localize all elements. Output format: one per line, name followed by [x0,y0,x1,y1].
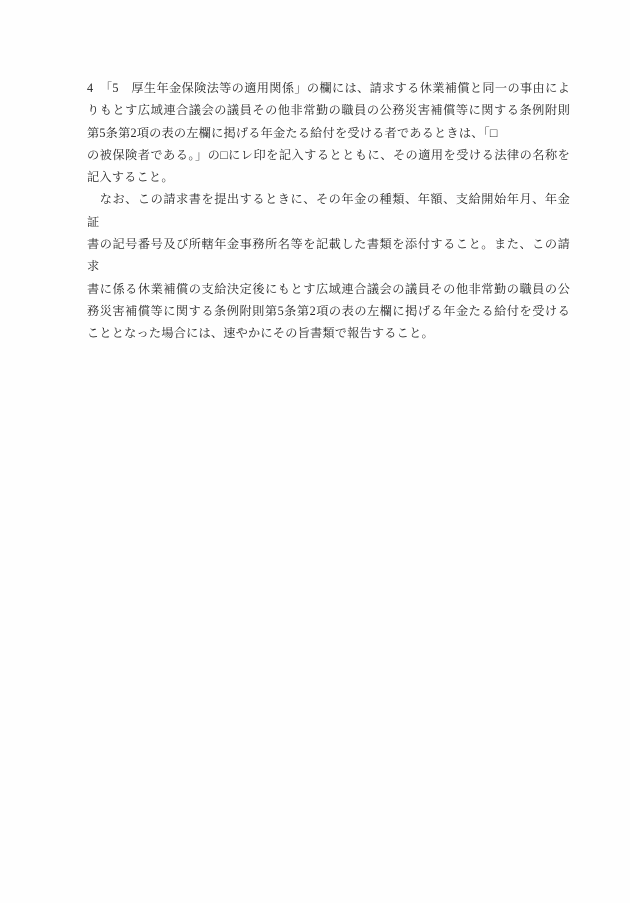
text-line: の被保険者である。」の□にレ印を記入するとともに、その適用を受ける法律の名称を [87,144,570,166]
text-line: なお、この請求書を提出するときに、その年金の種類、年額、支給開始年月、年金証 [87,188,570,233]
text-line: 第5条第2項の表の左欄に掲げる年金たる給付を受ける者であるときは、「□ [87,122,570,144]
paragraph-block: 4 「5 厚生年金保険法等の適用関係」の欄には、請求する休業補償と同一の事由によ… [87,77,570,345]
text-line: 記入すること。 [87,166,570,188]
text-line: こととなった場合には、速やかにその旨書類で報告すること。 [87,322,570,344]
text-line: 務災害補償等に関する条例附則第5条第2項の表の左欄に掲げる年金たる給付を受ける [87,300,570,322]
text-line: 4 「5 厚生年金保険法等の適用関係」の欄には、請求する休業補償と同一の事由によ [87,77,570,99]
document-page: 4 「5 厚生年金保険法等の適用関係」の欄には、請求する休業補償と同一の事由によ… [0,0,630,903]
text-line: 書の記号番号及び所轄年金事務所名等を記載した書類を添付すること。また、この請求 [87,233,570,278]
text-line: りもとす広域連合議会の議員その他非常勤の職員の公務災害補償等に関する条例附則 [87,99,570,121]
text-line: 書に係る休業補償の支給決定後にもとす広域連合議会の議員その他非常勤の職員の公 [87,278,570,300]
